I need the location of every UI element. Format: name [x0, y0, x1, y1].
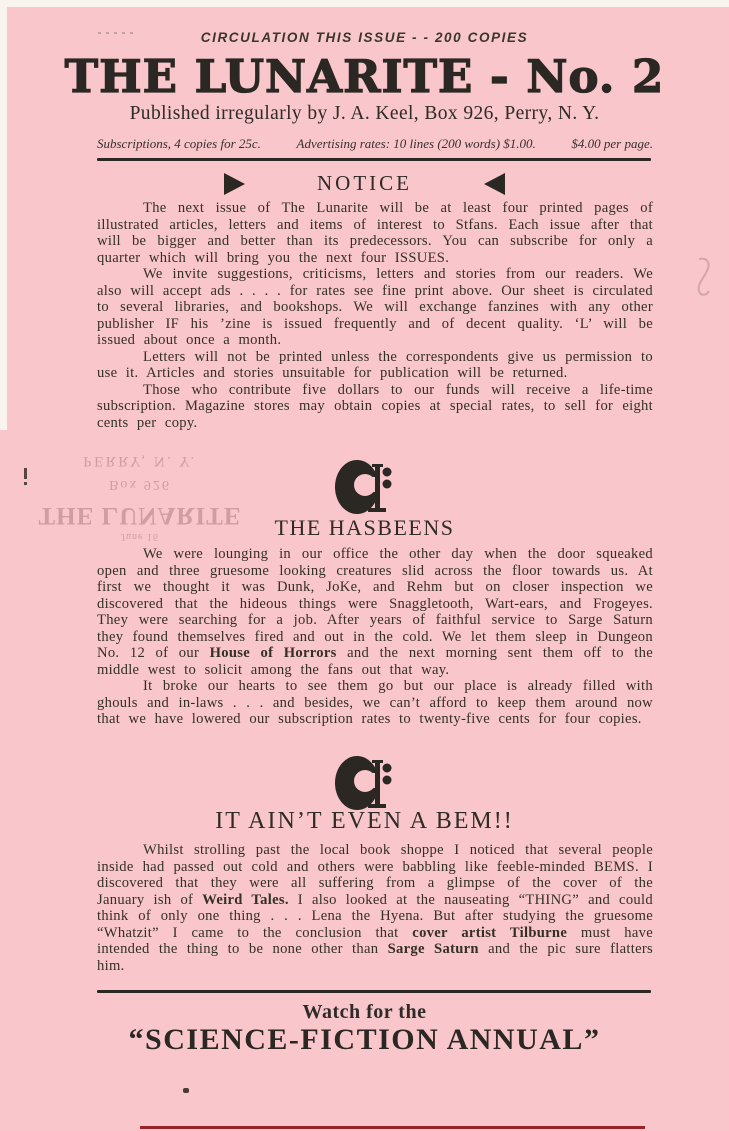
crescent-d-dingbat-icon: [333, 458, 399, 516]
subscription-rate: Subscriptions, 4 copies for 25c.: [97, 136, 261, 152]
paragraph: We were lounging in our office the other…: [97, 546, 653, 678]
paragraph: It broke our hearts to see them go but o…: [97, 678, 653, 728]
watch-line: Watch for the: [0, 1001, 729, 1024]
horizontal-rule: [97, 990, 651, 993]
paragraph: Those who contribute five dollars to our…: [97, 382, 653, 432]
rates-row: Subscriptions, 4 copies for 25c. Adverti…: [97, 136, 653, 152]
advertising-rate: Advertising rates: 10 lines (200 words) …: [297, 136, 536, 152]
showthrough-line: PERRY, N. Y.: [18, 452, 262, 469]
paragraph: We invite suggestions, criticisms, lette…: [97, 266, 653, 349]
right-triangle-icon: [224, 173, 245, 195]
hasbeens-heading: THE HASBEENS: [0, 515, 729, 541]
fanzine-page: PERRY, N. Y. Box 926 THE LUNARITE June 1…: [0, 0, 729, 1131]
paragraph: Letters will not be printed unless the c…: [97, 349, 653, 382]
left-triangle-icon: [484, 173, 505, 195]
hasbeens-body: We were lounging in our office the other…: [97, 546, 653, 728]
circulation-line: CIRCULATION THIS ISSUE - - 200 COPIES: [0, 30, 729, 45]
crescent-d-dingbat-icon: [333, 754, 399, 812]
notice-heading-row: NOTICE: [0, 171, 729, 196]
pencil-squiggle: [693, 255, 715, 301]
notice-heading: NOTICE: [317, 171, 412, 196]
notice-body: The next issue of The Lunarite will be a…: [97, 200, 653, 431]
horizontal-rule: [97, 158, 651, 161]
bem-heading: IT AIN’T EVEN A BEM!!: [0, 808, 729, 835]
scan-edge-line: [140, 1126, 645, 1129]
scanner-margin-top: [0, 0, 729, 7]
page-rate: $4.00 per page.: [571, 136, 653, 152]
bem-body: Whilst strolling past the local book sho…: [97, 842, 653, 974]
paragraph: Whilst strolling past the local book sho…: [97, 842, 653, 974]
ink-speck: [183, 1088, 189, 1093]
publisher-line: Published irregularly by J. A. Keel, Box…: [0, 103, 729, 125]
showthrough-line: Box 926: [18, 476, 262, 492]
paragraph: The next issue of The Lunarite will be a…: [97, 200, 653, 266]
annual-line: “SCIENCE-FICTION ANNUAL”: [0, 1023, 729, 1057]
ink-exclamation-mark: [24, 468, 27, 479]
zine-title: THE LUNARITE - No. 2: [0, 50, 729, 103]
